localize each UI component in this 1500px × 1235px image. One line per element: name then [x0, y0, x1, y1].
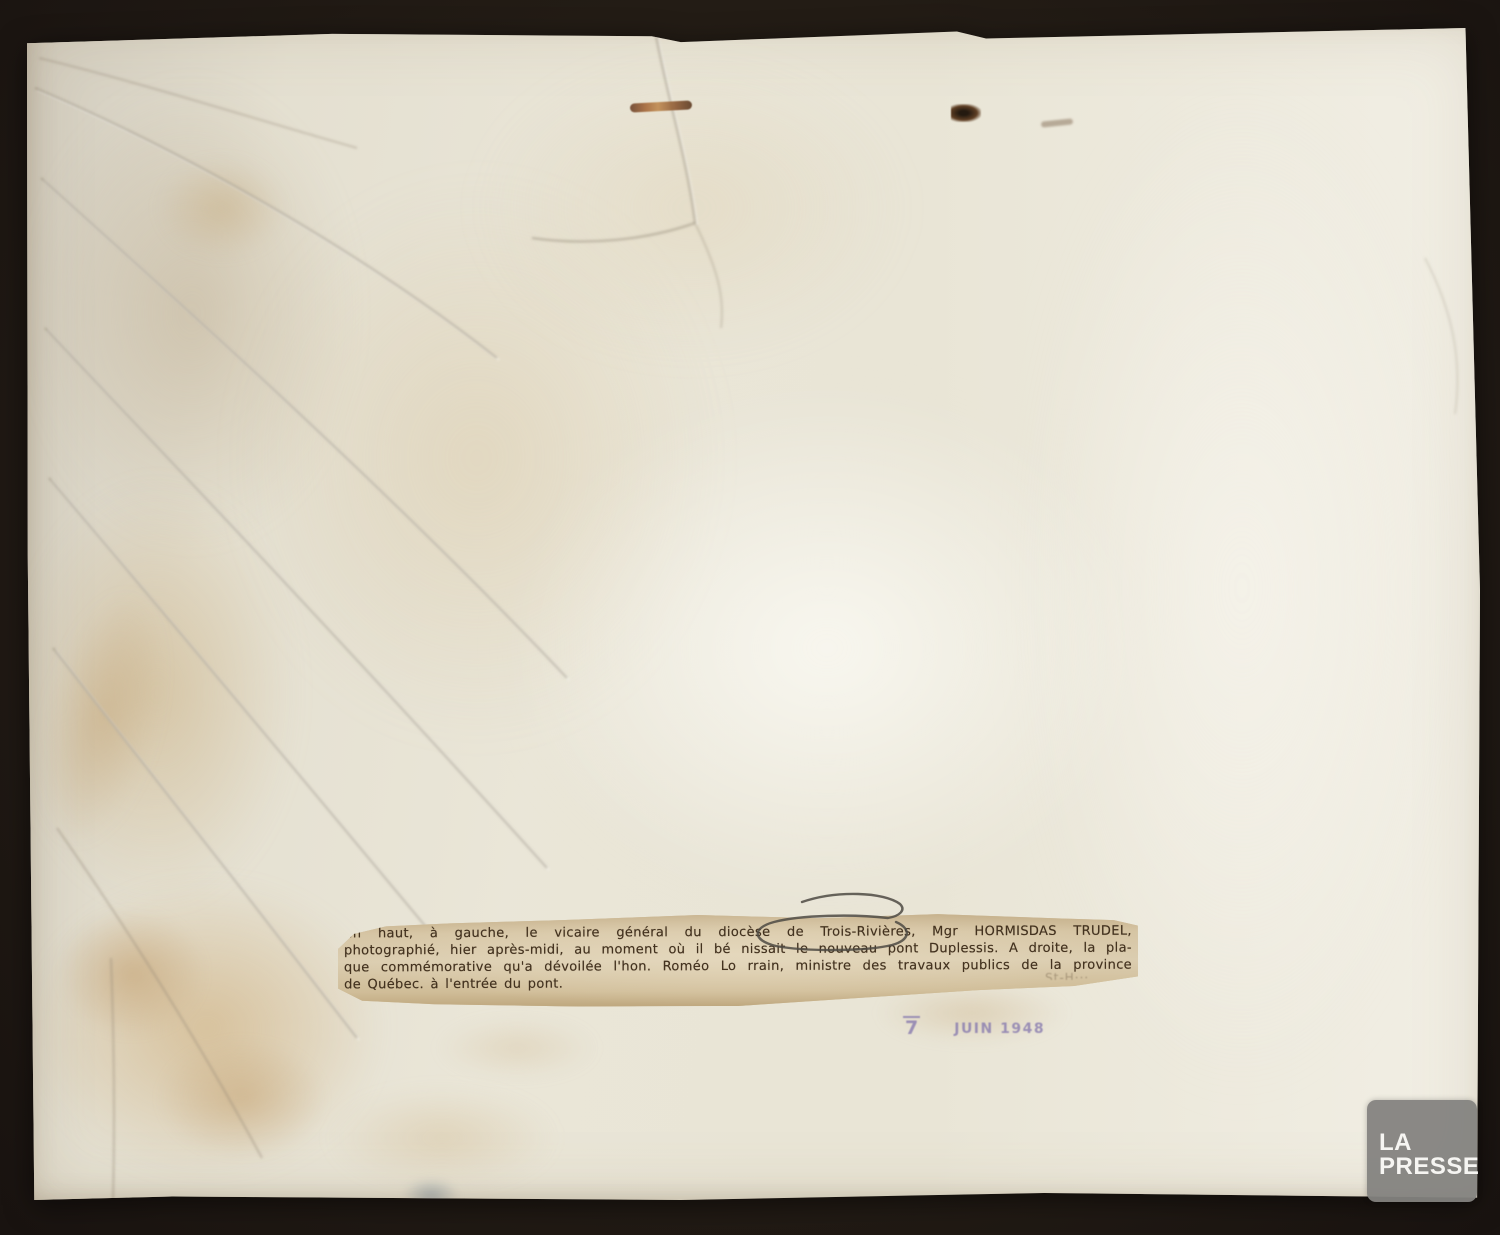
newspaper-clipping: ..n haut, à gauche, le vicaire général d… — [338, 911, 1138, 1008]
water-stain — [27, 579, 187, 858]
water-stain — [157, 1038, 327, 1158]
water-stain — [437, 1018, 597, 1078]
water-stain — [27, 878, 387, 1178]
stamp-month-year: JUIN 1948 — [954, 1021, 1045, 1037]
water-stain — [157, 158, 287, 258]
ink-smudge — [402, 1178, 460, 1200]
photo-paper-wrapper: ..n haut, à gauche, le vicaire général d… — [27, 28, 1480, 1200]
water-stain — [477, 58, 907, 358]
caption-line: de Québec. à l'entrée du pont. — [344, 975, 1132, 995]
crease-lines — [27, 28, 1480, 1200]
date-stamp: 7 JUIN 1948 — [903, 1016, 1045, 1038]
caption-faded-fragment: St-H··· — [1045, 971, 1137, 980]
clean-paper-highlight — [507, 388, 1147, 908]
stamp-day: 7 — [903, 1016, 920, 1038]
crease-highlights — [37, 32, 697, 1040]
scratch-mark — [1041, 118, 1073, 127]
water-stain — [237, 178, 717, 738]
rust-staple-mark — [951, 104, 981, 122]
crease-shadows — [35, 30, 1457, 1200]
logo-line-2: PRESSE — [1379, 1155, 1477, 1179]
water-stain — [27, 78, 357, 548]
rust-staple-mark — [630, 100, 692, 112]
scan-backdrop: ..n haut, à gauche, le vicaire général d… — [0, 0, 1500, 1235]
la-presse-watermark: LA PRESSE — [1367, 1100, 1477, 1202]
la-presse-wordmark: LA PRESSE — [1367, 1100, 1477, 1178]
photo-verso-paper: ..n haut, à gauche, le vicaire général d… — [27, 28, 1480, 1200]
logo-line-1: LA — [1379, 1131, 1477, 1155]
water-stain — [27, 478, 297, 908]
water-stain — [57, 908, 207, 1038]
water-stain — [327, 1088, 557, 1188]
